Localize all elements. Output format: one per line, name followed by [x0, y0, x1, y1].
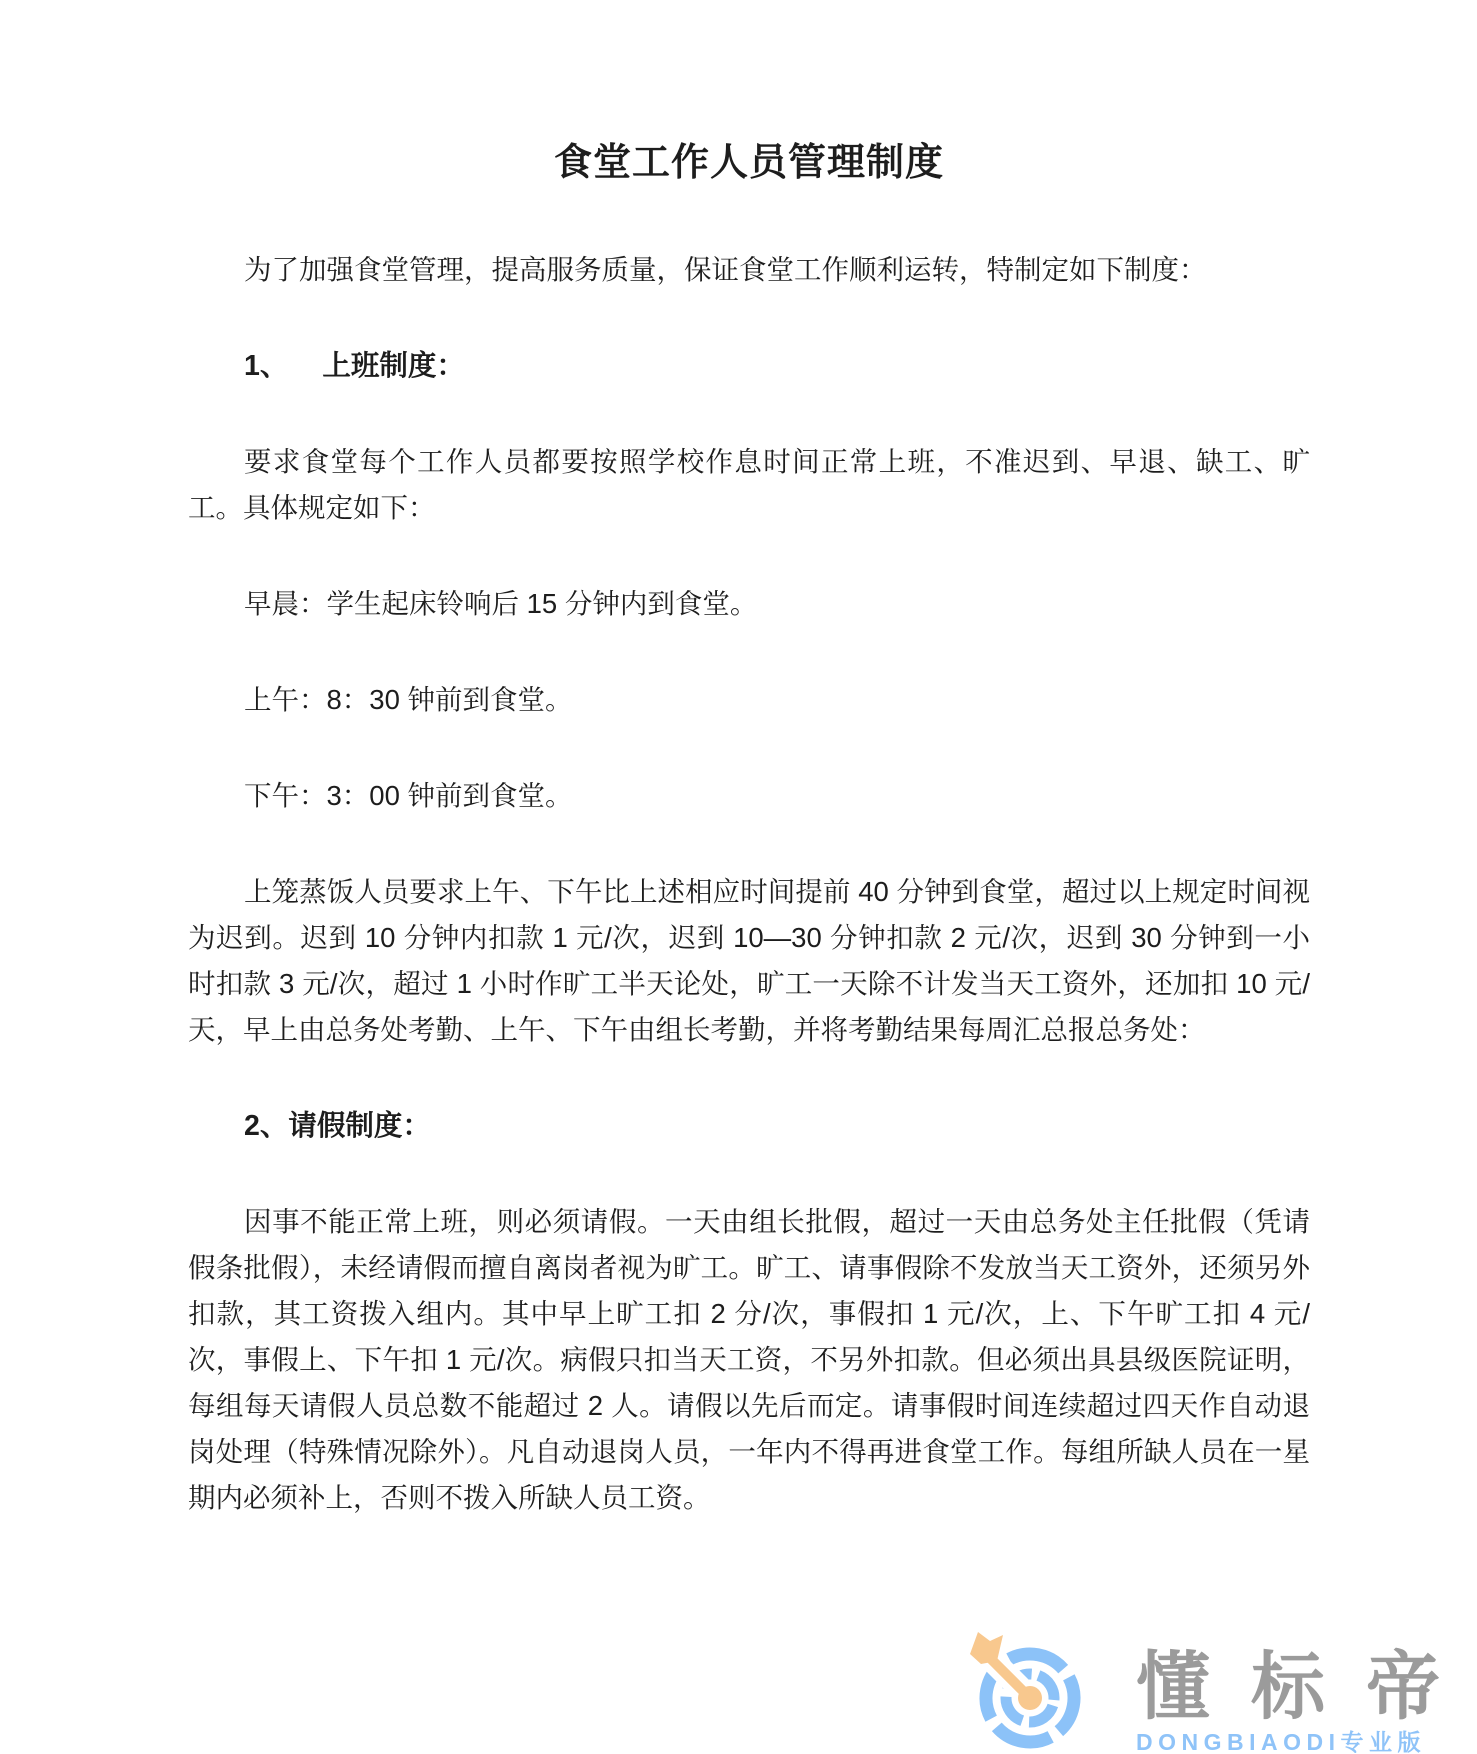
section-1-paragraph-attendance: 要求食堂每个工作人员都要按照学校作息时间正常上班，不准迟到、早退、缺工、旷工。具… [188, 439, 1310, 531]
section-2-number: 2、 [244, 1110, 288, 1142]
watermark-brand-subtitle: DONGBIAODI专业版 [1136, 1730, 1477, 1754]
section-1-paragraph-afternoon: 下午：3：00 钟前到食堂。 [188, 773, 1310, 819]
document-page: 食堂工作人员管理制度 为了加强食堂管理，提高服务质量，保证食堂工作顺利运转，特制… [0, 0, 1477, 1754]
intro-paragraph: 为了加强食堂管理，提高服务质量，保证食堂工作顺利运转，特制定如下制度： [188, 247, 1310, 293]
section-1-paragraph-forenoon: 上午：8：30 钟前到食堂。 [188, 677, 1310, 723]
watermark-brand-name: 懂标帝 [1136, 1652, 1477, 1722]
section-1-heading: 1、上班制度： [188, 343, 1310, 389]
section-1-paragraph-morning: 早晨：学生起床铃响后 15 分钟内到食堂。 [188, 581, 1310, 627]
section-1-number: 1、 [244, 350, 288, 382]
watermark: 懂标帝 DONGBIAODI专业版 [966, 1628, 1477, 1754]
section-2-paragraph-leave-rules: 因事不能正常上班，则必须请假。一天由组长批假，超过一天由总务处主任批假（凭请假条… [188, 1199, 1310, 1521]
document-content: 食堂工作人员管理制度 为了加强食堂管理，提高服务质量，保证食堂工作顺利运转，特制… [188, 0, 1310, 1521]
target-dart-icon [966, 1628, 1088, 1754]
section-2-title: 请假制度： [288, 1110, 431, 1142]
watermark-text: 懂标帝 DONGBIAODI专业版 [1136, 1652, 1477, 1754]
section-2-heading: 2、请假制度： [188, 1103, 1310, 1149]
section-1-paragraph-penalties: 上笼蒸饭人员要求上午、下午比上述相应时间提前 40 分钟到食堂，超过以上规定时间… [188, 869, 1310, 1053]
section-1-title: 上班制度： [322, 350, 465, 382]
document-title: 食堂工作人员管理制度 [188, 0, 1310, 190]
